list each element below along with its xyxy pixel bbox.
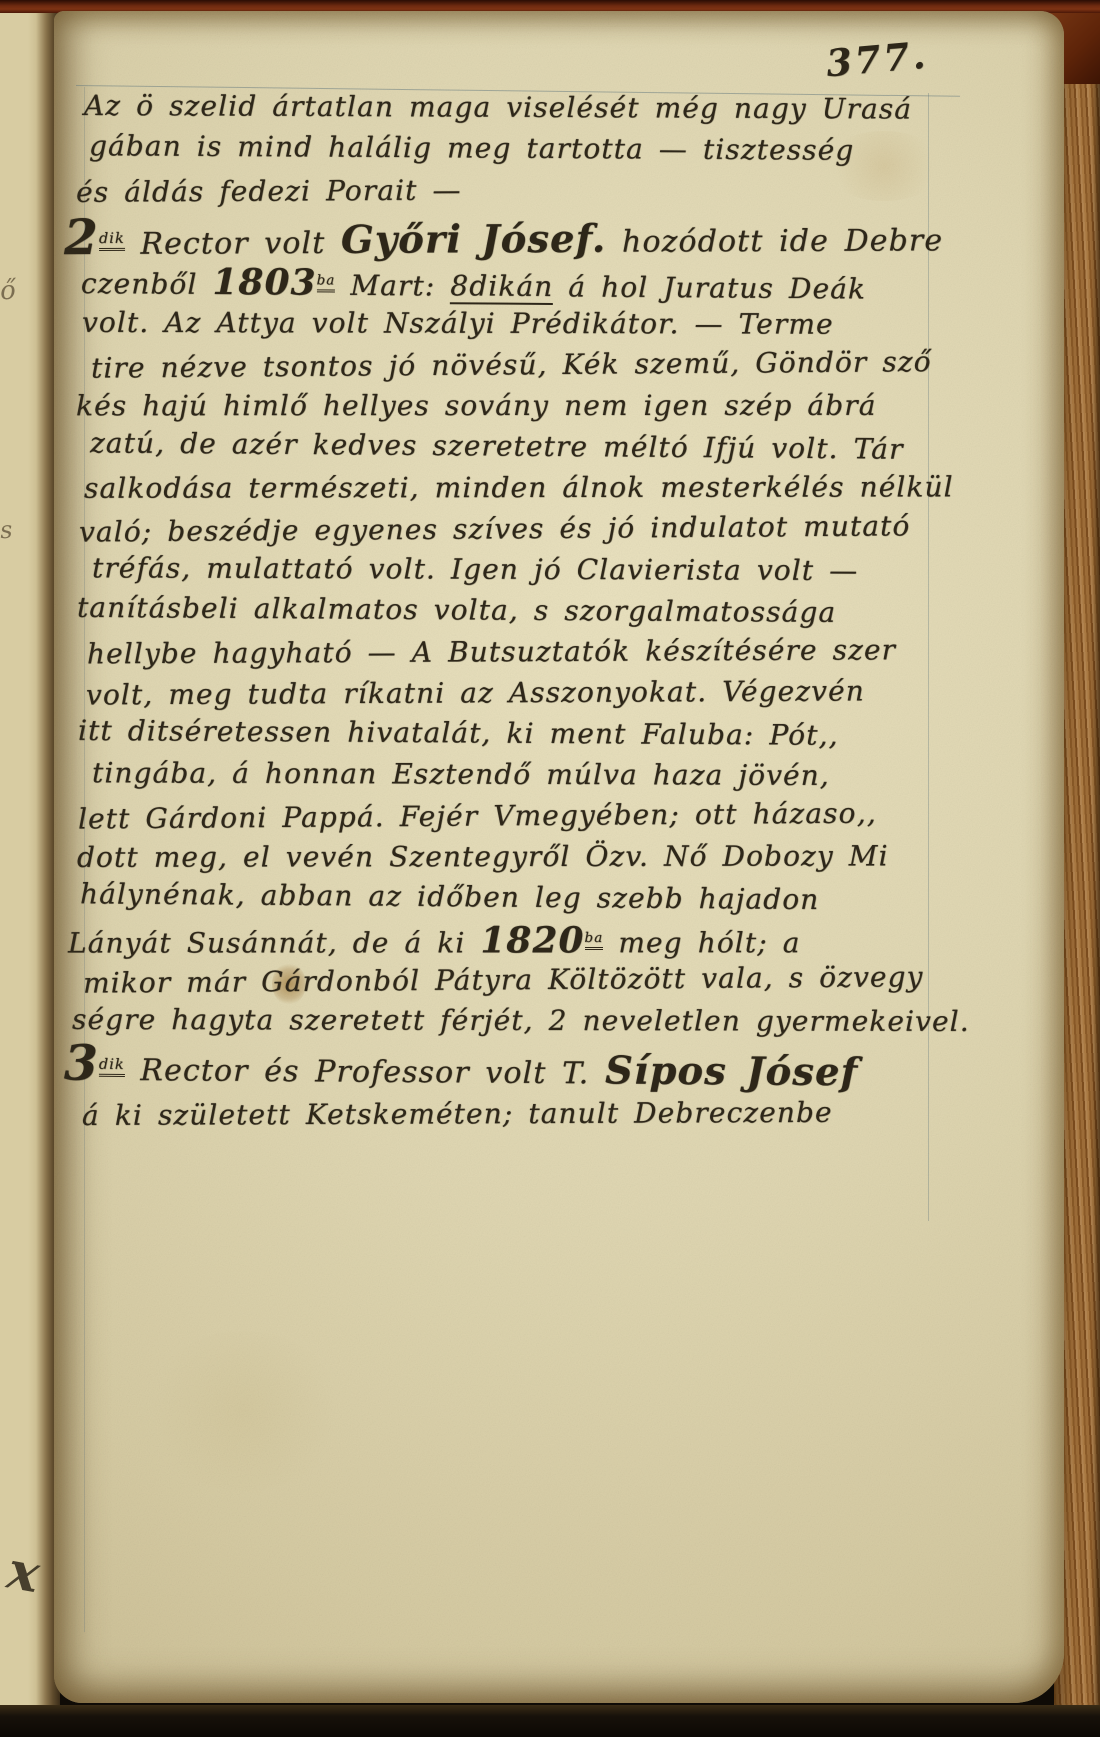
manuscript-line: hellybe hagyható — A Butsuztatók készíté… — [87, 629, 1028, 675]
manuscript-line: volt. Az Attya volt Nszályi Prédikátor. … — [81, 302, 1028, 345]
manuscript-line-segment: hellybe hagyható — A Butsuztatók készíté… — [87, 633, 896, 670]
manuscript-line-segment: itt ditséretessen hivatalát, ki ment Fal… — [77, 714, 838, 752]
manuscript-line-segment: 1803 — [212, 261, 316, 304]
manuscript-line: való; beszédje egyenes szíves és jó indu… — [79, 504, 1028, 552]
manuscript-line-segment: Mart: — [335, 269, 450, 303]
manuscript-line: Az ö szelid ártatlan maga viselését még … — [84, 85, 1028, 130]
manuscript-line-segment: és áldás fedezi Porait — — [76, 174, 462, 209]
manuscript-line: 2dik Rector volt Győri Jósef. hozódott i… — [64, 208, 1028, 264]
book-scan: ő s 377. Az ö szelid ártatlan maga visel… — [0, 0, 1100, 1737]
manuscript-line-segment: meg hólt; a — [604, 926, 801, 959]
manuscript-line-segment: volt. Az Attya volt Nszályi Prédikátor. … — [81, 306, 833, 341]
manuscript-line: mikor már Gárdonból Pátyra Költözött val… — [83, 955, 1028, 1003]
manuscript-line-segment: czenből — [81, 267, 213, 301]
manuscript-line-segment: 3 — [64, 1035, 99, 1092]
manuscript-line-segment: volt, meg tudta ríkatni az Asszonyokat. … — [86, 674, 865, 711]
manuscript-line-segment: 8dikán — [450, 270, 553, 306]
manuscript-line: 3dik Rector és Professor volt T. Sípos J… — [64, 1038, 1028, 1097]
manuscript-line-segment: dik — [99, 231, 125, 251]
manuscript-line: itt ditséretessen hivatalát, ki ment Fal… — [77, 710, 1028, 757]
manuscript-line-segment: 1820 — [481, 919, 585, 961]
manuscript-line: tingába, á honnan Esztendő múlva haza jö… — [92, 752, 1028, 796]
manuscript-line-segment: 2 — [64, 209, 99, 266]
manuscript-line-segment: ba — [317, 273, 336, 292]
manuscript-line: gában is mind halálig meg tartotta — tis… — [89, 125, 1028, 172]
manuscript-line-segment: hálynénak, abban az időben leg szebb haj… — [80, 877, 820, 916]
manuscript-line-segment: Sípos Jósef — [605, 1048, 858, 1095]
manuscript-line: és áldás fedezi Porait — — [76, 166, 1028, 213]
manuscript-line-segment: tréfás, mulattató volt. Igen jó Clavieri… — [92, 551, 858, 587]
manuscript-line-segment: kés hajú himlő hellyes sovány nem igen s… — [76, 389, 877, 422]
manuscript-line-segment: ségre hagyta szeretett férjét, 2 nevelet… — [72, 1003, 970, 1038]
manuscript-line: tréfás, mulattató volt. Igen jó Clavieri… — [92, 547, 1028, 591]
manuscript-line: salkodása természeti, minden álnok meste… — [83, 466, 1028, 508]
manuscript-line-segment: Rector és Professor volt T. — [125, 1053, 606, 1091]
manuscript-text: Az ö szelid ártatlan maga viselését még … — [84, 87, 1028, 1134]
manuscript-line: ségre hagyta szeretett férjét, 2 nevelet… — [72, 999, 1028, 1042]
adjacent-page-sliver: ő s — [0, 8, 60, 1708]
manuscript-line: volt, meg tudta ríkatni az Asszonyokat. … — [86, 670, 1028, 716]
manuscript-line-segment: való; beszédje egyenes szíves és jó indu… — [79, 509, 911, 548]
manuscript-line: Lányát Susánnát, de á ki 1820ba meg hólt… — [68, 918, 1028, 959]
adjacent-page-fragment: s — [0, 516, 13, 545]
manuscript-line-segment: Rector volt — [125, 226, 341, 262]
manuscript-line-segment: tire nézve tsontos jó növésű, Kék szemű,… — [91, 345, 932, 384]
manuscript-line-segment: tanításbeli alkalmatos volta, s szorgalm… — [77, 591, 836, 629]
manuscript-line-segment: gában is mind halálig meg tartotta — tis… — [89, 129, 855, 167]
page-number: 377. — [824, 33, 930, 86]
manuscript-line: tanításbeli alkalmatos volta, s szorgalm… — [77, 587, 1028, 634]
manuscript-line-segment: Az ö szelid ártatlan maga viselését még … — [84, 89, 912, 126]
manuscript-page: 377. Az ö szelid ártatlan maga viselését… — [54, 11, 1064, 1703]
manuscript-line-segment: á hol Juratus Deák — [553, 270, 866, 305]
manuscript-line-segment: ba — [585, 931, 604, 950]
manuscript-line-segment: mikor már Gárdonból Pátyra Költözött val… — [83, 960, 924, 999]
manuscript-line-segment: á ki született Ketskeméten; tanult Debre… — [82, 1096, 833, 1132]
manuscript-line-segment: Győri Jósef. — [341, 217, 607, 263]
manuscript-line-segment: salkodása természeti, minden álnok meste… — [83, 470, 953, 504]
manuscript-line: á ki született Ketskeméten; tanult Debre… — [82, 1091, 1028, 1136]
manuscript-line: kés hajú himlő hellyes sovány nem igen s… — [76, 385, 1028, 426]
manuscript-line: hálynénak, abban az időben leg szebb haj… — [80, 873, 1028, 921]
book-cover-edge-bottom — [0, 1705, 1100, 1737]
manuscript-line-segment: dott meg, el vevén Szentegyről Özv. Nő D… — [77, 839, 889, 873]
manuscript-line-segment: Lányát Susánnát, de á ki — [68, 926, 480, 959]
manuscript-line-segment: dik — [99, 1057, 125, 1077]
adjacent-page-fragment: ő — [0, 275, 17, 306]
manuscript-line-segment: tingába, á honnan Esztendő múlva haza jö… — [92, 756, 830, 792]
manuscript-line-segment: lett Gárdoni Pappá. Fejér Vmegyében; ott… — [78, 797, 877, 836]
manuscript-line-segment: hozódott ide Debre — [606, 223, 943, 259]
manuscript-line-segment: zatú, de azér kedves szeretetre méltó If… — [89, 426, 903, 465]
paper-stain — [144, 1331, 344, 1491]
manuscript-line: dott meg, el vevén Szentegyről Özv. Nő D… — [77, 835, 1028, 878]
manuscript-line: zatú, de azér kedves szeretetre méltó If… — [89, 422, 1028, 470]
manuscript-line: czenből 1803ba Mart: 8dikán á hol Juratu… — [81, 259, 1028, 307]
manuscript-line: tire nézve tsontos jó növésű, Kék szemű,… — [91, 340, 1028, 388]
manuscript-line: lett Gárdoni Pappá. Fejér Vmegyében; ott… — [78, 792, 1028, 840]
